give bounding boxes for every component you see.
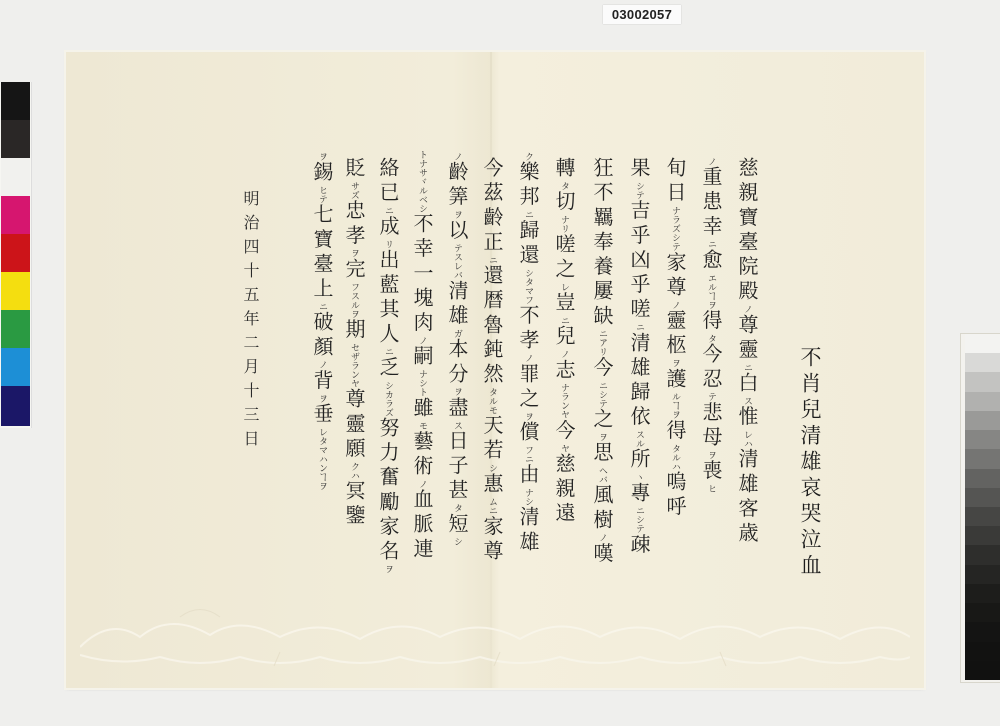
color-patch-black <box>1 82 30 120</box>
gray-step <box>965 372 1000 392</box>
gray-step <box>965 353 1000 373</box>
text-column: 絡已ニ成リ出藍其人ニ乏シカラズ努力奮勵家名ヲ <box>374 157 402 574</box>
embossed-cloud-pattern <box>80 607 910 677</box>
color-patch-red <box>1 234 30 272</box>
text-column: 慈親寶臺院殿ノ尊靈ニ白ス惟レハ清雄客歳 <box>733 157 761 547</box>
text-column: 轉タ切ナリ嗟之レ豈ニ兒ノ志ナランヤ今ヤ慈親遠 <box>550 157 578 527</box>
gray-step <box>965 565 1000 585</box>
gray-step <box>965 622 1000 642</box>
gray-step <box>965 661 1000 681</box>
gray-step <box>965 469 1000 489</box>
gray-step <box>965 449 1000 469</box>
color-patch-dark-gray <box>1 120 30 158</box>
color-patch-white <box>1 158 30 196</box>
gray-step <box>965 392 1000 412</box>
text-column: ク樂邦ニ歸還シタマフ不孝ノ罪之ヲ償フニ由ナシ清雄 <box>514 152 542 555</box>
text-column: ノ重患幸ニ愈エルヿヲ得タ今忍テ悲母ヲ喪ヒ <box>697 157 725 493</box>
color-patch-cyan <box>1 348 30 386</box>
document-date: 明治四十五年二月十三日 <box>236 190 264 454</box>
grayscale-calibration-card <box>960 333 1000 683</box>
gray-step <box>965 584 1000 604</box>
text-column: 果シテ吉乎凶乎嗟ニ清雄歸依スル所ヽ專ニシテ疎 <box>625 157 653 558</box>
text-column: 今茲齡正ニ還暦魯鈍然タルモ天若シ惠ムニ家尊 <box>478 157 506 565</box>
color-patch-yellow <box>1 272 30 310</box>
color-calibration-card <box>0 82 32 428</box>
color-patch-blue <box>1 386 30 426</box>
text-column: ノ齡筭ヲ以テスレバ清雄ガ本分ヲ盡ス日子甚タ短シ <box>443 152 471 546</box>
document-title: 不肖兒清雄哀哭泣血 <box>796 346 824 580</box>
gray-step <box>965 430 1000 450</box>
gray-step <box>965 507 1000 527</box>
gray-step <box>965 411 1000 431</box>
text-column: 貶サズ忠孝ヲ完フスルヲ期セザランヤ尊靈願クハ冥鑒 <box>340 157 368 529</box>
text-column: トナサヾルベシ不幸一塊肉ノ嗣ナシト雖モ藝術ノ血脈連 <box>408 150 436 562</box>
color-patch-magenta <box>1 196 30 234</box>
color-patch-green <box>1 310 30 348</box>
archive-id-label: 03002057 <box>603 5 681 24</box>
text-column: 狂不羈奉養屢缺ニアリ今ニシテ之ヲ思ヘバ風樹ノ嘆 <box>588 157 616 567</box>
text-column: 旬日ナラズシテ家尊ノ靈柩ヲ護ルヿヲ得タルハ嗚呼 <box>661 157 689 520</box>
gray-step <box>965 488 1000 508</box>
gray-step <box>965 334 1000 354</box>
gray-step <box>965 545 1000 565</box>
text-column: ヲ錫ヒテ七寶臺上ニ破顏ノ背ヲ垂レタマハンヿヲ <box>308 152 336 490</box>
gray-step <box>965 603 1000 623</box>
gray-step <box>965 526 1000 546</box>
gray-step <box>965 642 1000 662</box>
